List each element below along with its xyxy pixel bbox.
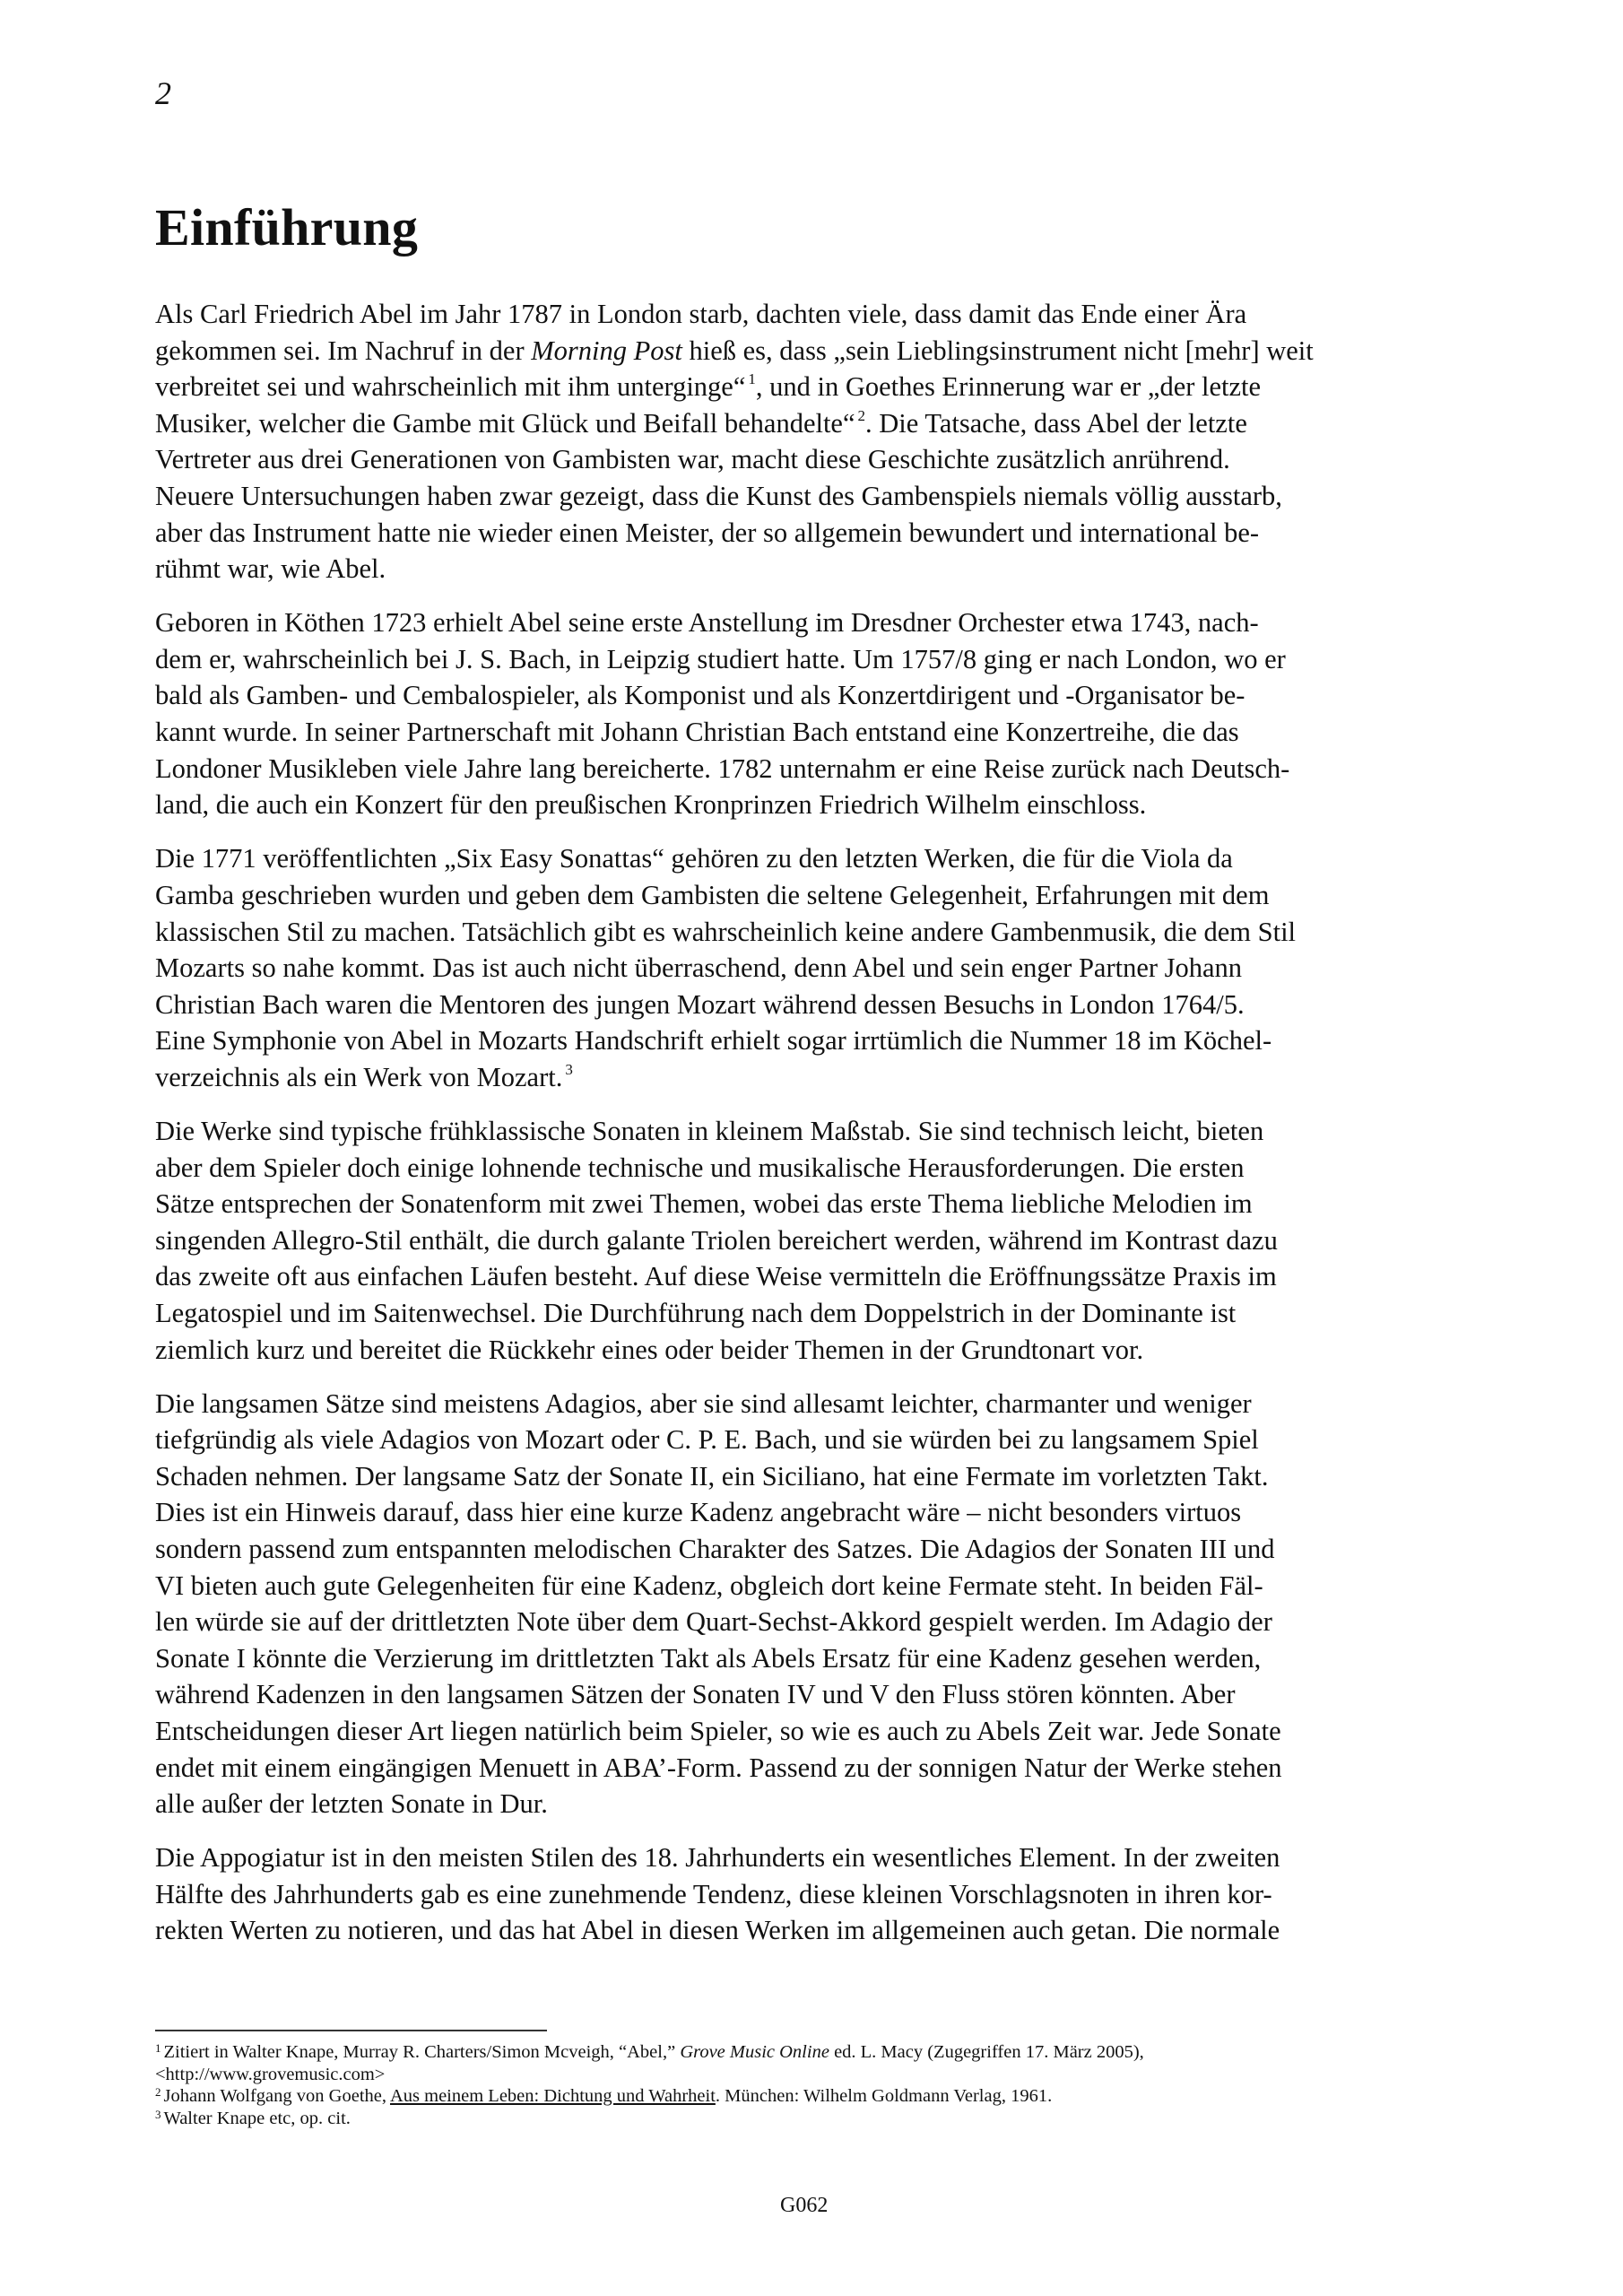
footer-code: G062 xyxy=(780,2195,828,2216)
publication-title: Grove Music Online xyxy=(680,2042,829,2062)
footnote-url: <http://www.grovemusic.com> xyxy=(155,2065,385,2084)
footnote-divider xyxy=(155,2030,547,2031)
text-line: Entscheidungen dieser Art liegen natürli… xyxy=(155,1713,1478,1750)
paragraph-1: Als Carl Friedrich Abel im Jahr 1787 in … xyxy=(155,296,1478,587)
footnote-ref-1[interactable]: 1 xyxy=(748,370,756,387)
footnote-1: 1Zitiert in Walter Knape, Murray R. Char… xyxy=(155,2041,1482,2085)
footnote-2: 2Johann Wolfgang von Goethe, Aus meinem … xyxy=(155,2085,1482,2108)
footnote-number: 3 xyxy=(155,2108,161,2121)
text-line: Geboren in Köthen 1723 erhielt Abel sein… xyxy=(155,604,1478,641)
footnotes: 1Zitiert in Walter Knape, Murray R. Char… xyxy=(155,2041,1482,2129)
text-line: Die langsamen Sätze sind meistens Adagio… xyxy=(155,1386,1478,1422)
footnote-ref-2[interactable]: 2 xyxy=(858,407,866,424)
text-line: dem er, wahrscheinlich bei J. S. Bach, i… xyxy=(155,641,1478,678)
text-line: Musiker, welcher die Gambe mit Glück und… xyxy=(155,405,1478,442)
paragraph-3: Die 1771 veröffentlichten „Six Easy Sona… xyxy=(155,840,1478,1095)
paragraph-5: Die langsamen Sätze sind meistens Adagio… xyxy=(155,1386,1478,1822)
text-line: Londoner Musikleben viele Jahre lang ber… xyxy=(155,751,1478,787)
paragraph-6: Die Appogiatur ist in den meisten Stilen… xyxy=(155,1839,1478,1949)
text-line: Sonate I könnte die Verzierung im drittl… xyxy=(155,1640,1478,1677)
text-line: Dies ist ein Hinweis darauf, dass hier e… xyxy=(155,1494,1478,1531)
text-line: verzeichnis als ein Werk von Mozart.3 xyxy=(155,1059,1478,1096)
text-line: Neuere Untersuchungen haben zwar gezeigt… xyxy=(155,478,1478,515)
text-line: Gamba geschrieben wurden und geben dem G… xyxy=(155,877,1478,914)
page-title: Einführung xyxy=(155,199,418,257)
text-line: Legatospiel und im Saitenwechsel. Die Du… xyxy=(155,1295,1478,1332)
text-line: land, die auch ein Konzert für den preuß… xyxy=(155,787,1478,823)
text-line: Als Carl Friedrich Abel im Jahr 1787 in … xyxy=(155,296,1478,333)
paragraph-4: Die Werke sind typische frühklassische S… xyxy=(155,1113,1478,1368)
text-line: während Kadenzen in den langsamen Sätzen… xyxy=(155,1676,1478,1713)
text-line: bald als Gamben- und Cembalospieler, als… xyxy=(155,677,1478,714)
text-line: alle außer der letzten Sonate in Dur. xyxy=(155,1786,1478,1822)
text-line: Sätze entsprechen der Sonatenform mit zw… xyxy=(155,1186,1478,1222)
text-line: gekommen sei. Im Nachruf in der Morning … xyxy=(155,333,1478,370)
text-line: Schaden nehmen. Der langsame Satz der So… xyxy=(155,1458,1478,1495)
text-line: Christian Bach waren die Mentoren des ju… xyxy=(155,987,1478,1023)
text-line: kannt wurde. In seiner Partnerschaft mit… xyxy=(155,714,1478,751)
text-line: sondern passend zum entspannten melodisc… xyxy=(155,1531,1478,1568)
text-line: klassischen Stil zu machen. Tatsächlich … xyxy=(155,914,1478,951)
text-line: aber dem Spieler doch einige lohnende te… xyxy=(155,1150,1478,1187)
text-line: rühmt war, wie Abel. xyxy=(155,551,1478,587)
text-line: rekten Werten zu notieren, und das hat A… xyxy=(155,1912,1478,1949)
text-line: Eine Symphonie von Abel in Mozarts Hands… xyxy=(155,1022,1478,1059)
text-line: len würde sie auf der drittletzten Note … xyxy=(155,1604,1478,1640)
footnote-number: 2 xyxy=(155,2085,161,2099)
text-line: Die 1771 veröffentlichten „Six Easy Sona… xyxy=(155,840,1478,877)
page-number: 2 xyxy=(155,77,171,109)
text-line: aber das Instrument hatte nie wieder ein… xyxy=(155,515,1478,552)
text-line: VI bieten auch gute Gelegenheiten für ei… xyxy=(155,1568,1478,1605)
text-line: Die Werke sind typische frühklassische S… xyxy=(155,1113,1478,1150)
text-line: ziemlich kurz und bereitet die Rückkehr … xyxy=(155,1332,1478,1369)
paragraph-2: Geboren in Köthen 1723 erhielt Abel sein… xyxy=(155,604,1478,823)
text-line: verbreitet sei und wahrscheinlich mit ih… xyxy=(155,369,1478,405)
text-line: Die Appogiatur ist in den meisten Stilen… xyxy=(155,1839,1478,1876)
text-line: Vertreter aus drei Generationen von Gamb… xyxy=(155,441,1478,478)
footnote-3: 3Walter Knape etc, op. cit. xyxy=(155,2108,1482,2130)
body-text: Als Carl Friedrich Abel im Jahr 1787 in … xyxy=(155,296,1478,1967)
text-line: tiefgründig als viele Adagios von Mozart… xyxy=(155,1422,1478,1458)
text-line: das zweite oft aus einfachen Läufen best… xyxy=(155,1258,1478,1295)
text-line: Mozarts so nahe kommt. Das ist auch nich… xyxy=(155,950,1478,987)
book-title: Aus meinem Leben: Dichtung und Wahrheit xyxy=(390,2086,716,2106)
text-line: Hälfte des Jahrhunderts gab es eine zune… xyxy=(155,1876,1478,1913)
footnote-ref-3[interactable]: 3 xyxy=(565,1061,573,1078)
footnote-number: 1 xyxy=(155,2041,161,2055)
publication-title: Morning Post xyxy=(531,335,682,366)
text-line: endet mit einem eingängigen Menuett in A… xyxy=(155,1750,1478,1787)
text-line: singenden Allegro-Stil enthält, die durc… xyxy=(155,1222,1478,1259)
